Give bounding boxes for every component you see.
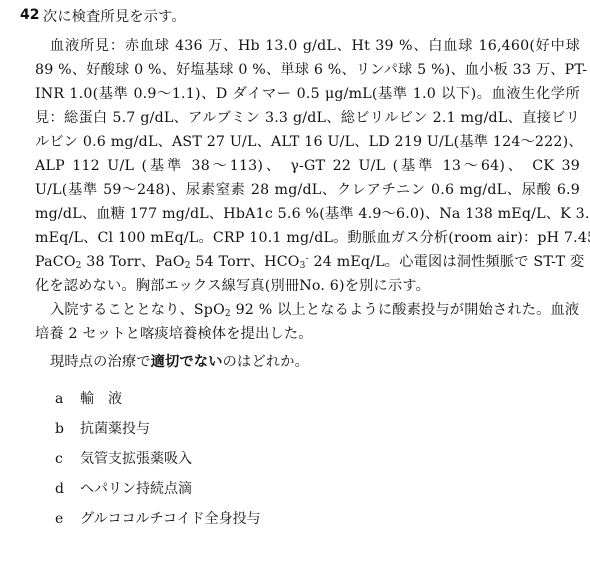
question-intro: 次に検査所見を示す。 (43, 7, 588, 27)
choice-label: c (55, 449, 80, 469)
choice-text: 抗菌薬投与 (80, 421, 150, 437)
prompt-text: のはどれか。 (223, 354, 309, 370)
text: 24 mEq/L。心電図は洞性頻脈で ST-T 変 (309, 254, 585, 270)
text: PaCO (35, 254, 76, 270)
lab-line-4: 見：総蛋白 5.7 g/dL、アルブミン 3.3 g/dL、総ビリルビン 2.1… (35, 108, 580, 128)
text: 92 % 以上となるように酸素投与が開始された。血液 (231, 302, 579, 318)
choice-label: a (55, 389, 80, 409)
text: 54 Torr、HCO (191, 254, 300, 270)
prompt-emphasis: 適切でない (151, 354, 223, 370)
choice-b[interactable]: b抗菌薬投与 (55, 419, 150, 439)
choice-a[interactable]: a輸 液 (55, 389, 122, 409)
blood-gas-line: PaCO2 38 Torr、PaO2 54 Torr、HCO3- 24 mEq/… (35, 252, 580, 272)
choice-text: ヘパリン持続点滴 (80, 481, 192, 497)
lab-line-7: U/L(基準 59～248)、尿素窒素 28 mg/dL、クレアチニン 0.6 … (35, 180, 580, 200)
lab-line-3: INR 1.0(基準 0.9～1.1)、D ダイマー 0.5 μg/mL(基準 … (35, 84, 580, 104)
text: 38 Torr、PaO (82, 254, 185, 270)
choice-c[interactable]: c気管支拡張薬吸入 (55, 449, 192, 469)
choice-text: 輸 液 (80, 391, 122, 407)
lab-line-8: mg/dL、血糖 177 mg/dL、HbA1c 5.6 %(基準 4.9～6.… (35, 204, 580, 224)
lab-line-1: 血液所見：赤血球 436 万、Hb 13.0 g/dL、Ht 39 %、白血球 … (50, 36, 580, 56)
question-number: 42 (20, 7, 39, 23)
choice-label: e (55, 509, 80, 529)
admission-line: 入院することとなり、SpO2 92 % 以上となるように酸素投与が開始された。血… (50, 300, 590, 320)
question-prompt: 現時点の治療で適切でないのはどれか。 (50, 352, 590, 372)
choice-text: グルココルチコイド全身投与 (80, 511, 261, 527)
prompt-text: 現時点の治療で (50, 354, 151, 370)
choice-label: b (55, 419, 80, 439)
text: 入院することとなり、SpO (50, 302, 225, 318)
ecg-xray-line: 化を認めない。胸部エックス線写真(別冊No. 6)を別に示す。 (35, 276, 580, 296)
choice-e[interactable]: eグルココルチコイド全身投与 (55, 509, 261, 529)
choice-label: d (55, 479, 80, 499)
lab-line-5: ルビン 0.6 mg/dL、AST 27 U/L、ALT 16 U/L、LD 2… (35, 132, 580, 152)
choice-d[interactable]: dヘパリン持続点滴 (55, 479, 192, 499)
choice-text: 気管支拡張薬吸入 (80, 451, 192, 467)
lab-line-6: ALP 112 U/L (基準 38～113)、 γ-GT 22 U/L (基準… (35, 156, 580, 176)
lab-line-9: mEq/L、Cl 100 mEq/L。CRP 10.1 mg/dL。動脈血ガス分… (35, 228, 580, 248)
culture-line: 培養 2 セットと喀痰培養検体を提出した。 (35, 324, 580, 344)
lab-line-2: 89 %、好酸球 0 %、好塩基球 0 %、単球 6 %、リンパ球 5 %)、血… (35, 60, 580, 80)
